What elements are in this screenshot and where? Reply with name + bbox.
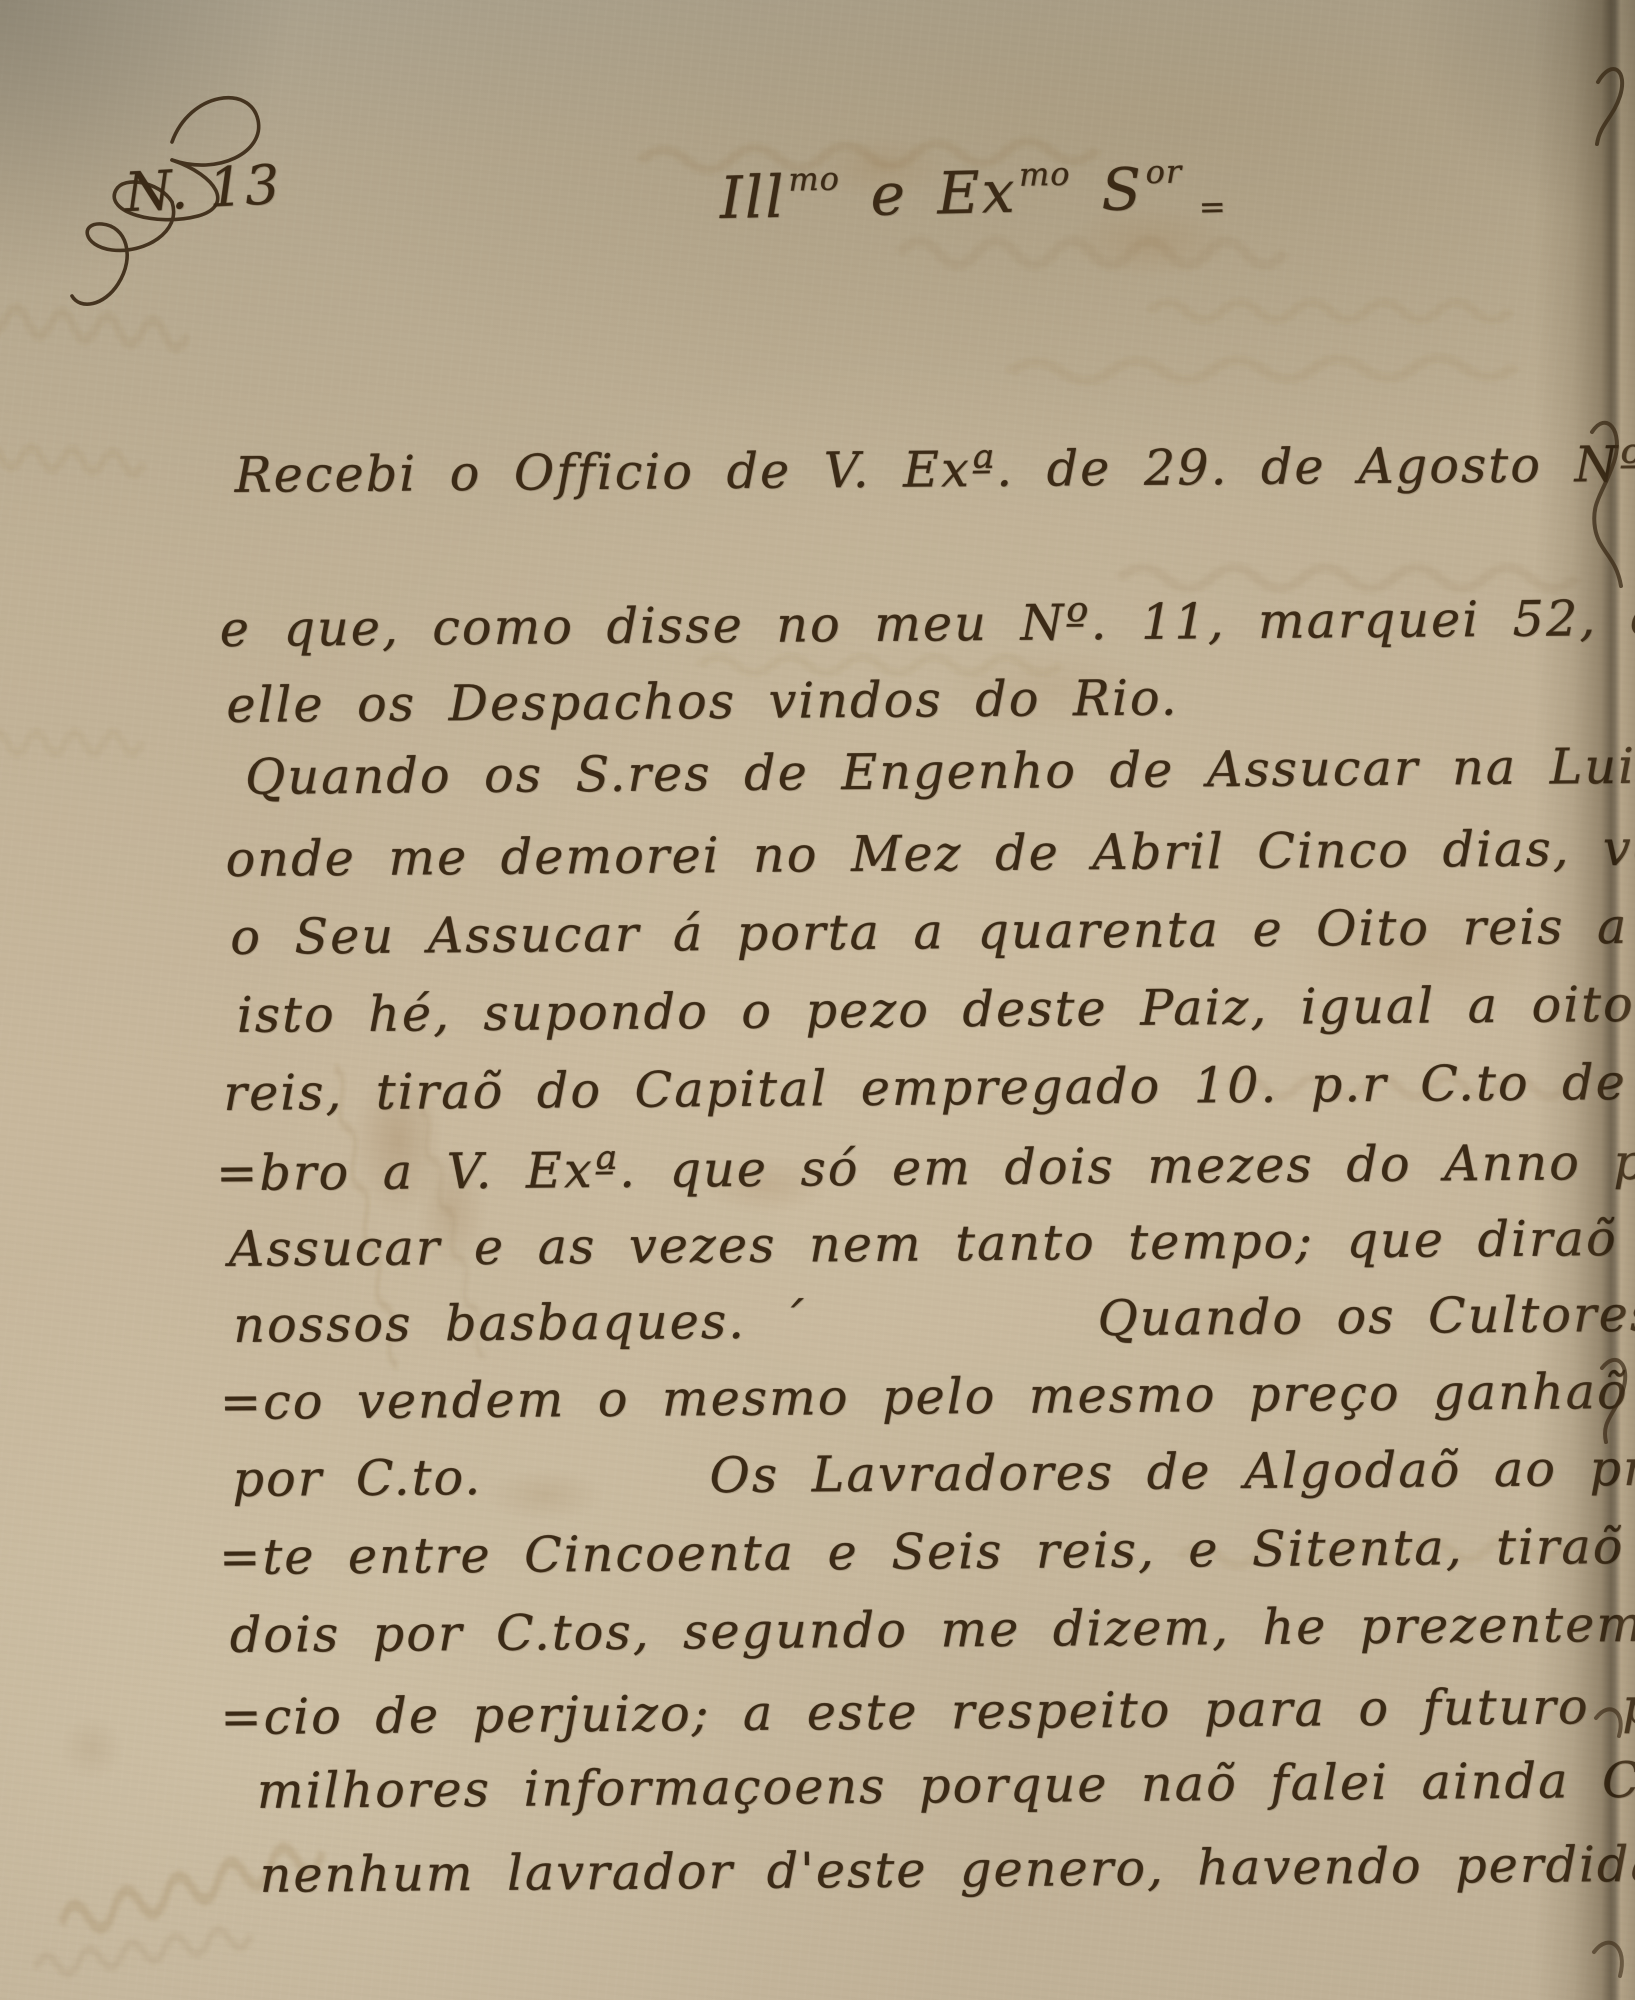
manuscript-line: Quando os S.res de Engenho de Assucar na… xyxy=(245,738,1635,806)
manuscript-line: =co vendem o mesmo pelo mesmo preço ganh… xyxy=(220,1363,1635,1432)
manuscript-line: isto hé, supondo o pezo deste Paiz, igua… xyxy=(237,976,1635,1045)
manuscript-line: nossos basbaques. ´ Quando os Cultores d… xyxy=(233,1285,1635,1354)
manuscript-line: Assucar e as vezes nem tanto tempo; que … xyxy=(229,1209,1635,1278)
manuscript-line: dois por C.tos, segundo me dizem, he pre… xyxy=(230,1595,1635,1664)
manuscript-page: N. 13 Illmo e Exmo Sor= Recebi o Officio… xyxy=(0,0,1635,2000)
manuscript-line: elle os Despachos vindos do Rio. xyxy=(226,670,1179,734)
manuscript-line: =bro a V. Exª. que só em dois mezes do A… xyxy=(216,1133,1635,1203)
manuscript-line: =cio de perjuizo; a este respeito para o… xyxy=(220,1677,1635,1746)
manuscript-line: reis, tiraõ do Capital empregado 10. p.r… xyxy=(223,1052,1635,1122)
letter-body: Recebi o Officio de V. Exª. de 29. de Ag… xyxy=(0,0,1635,2000)
manuscript-line: por C.to. Os Lavradores de Algodaõ ao pr… xyxy=(232,1438,1635,1508)
manuscript-line: o Seu Assucar á porta a quarenta e Oito … xyxy=(230,898,1635,966)
manuscript-line: =te entre Cincoenta e Seis reis, e Siten… xyxy=(219,1517,1635,1587)
manuscript-line: onde me demorei no Mez de Abril Cinco di… xyxy=(226,819,1635,888)
manuscript-line: nenhum lavrador d'este genero, havendo p… xyxy=(259,1837,1635,1904)
manuscript-line: e que, como disse no meu Nº. 11, marquei… xyxy=(220,590,1635,659)
manuscript-line: milhores informaçoens porque naõ falei a… xyxy=(257,1753,1635,1820)
manuscript-line: Recebi o Officio de V. Exª. de 29. de Ag… xyxy=(234,436,1635,504)
